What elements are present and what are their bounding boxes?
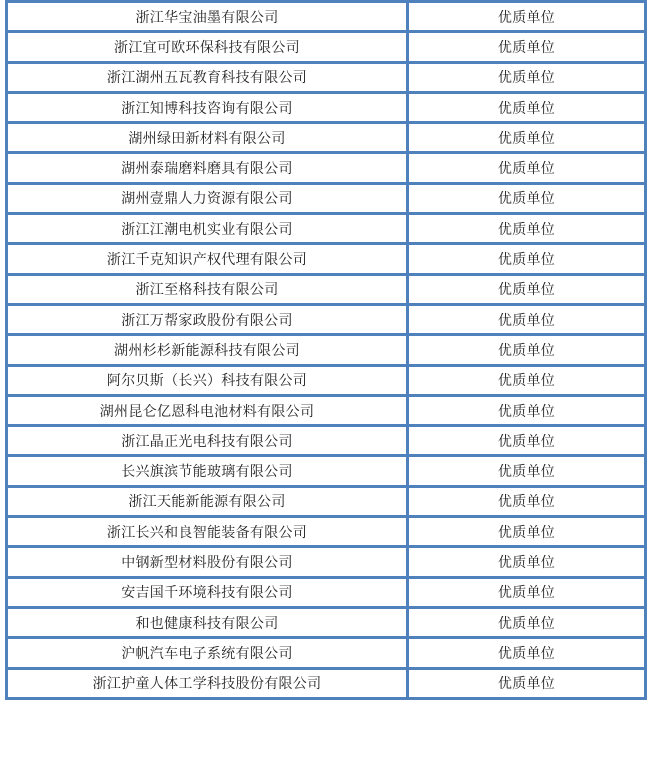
award-level-cell: 优质单位 [408, 638, 646, 668]
table-row: 浙江至格科技有限公司 优质单位 [7, 274, 646, 304]
award-level-cell: 优质单位 [408, 62, 646, 92]
award-level-cell: 优质单位 [408, 426, 646, 456]
company-name-cell: 安吉国千环境科技有限公司 [7, 577, 408, 607]
company-name-cell: 和也健康科技有限公司 [7, 607, 408, 637]
table-row: 浙江天能新能源有限公司 优质单位 [7, 486, 646, 516]
table-row: 湖州绿田新材料有限公司 优质单位 [7, 123, 646, 153]
award-level-cell: 优质单位 [408, 183, 646, 213]
company-name-cell: 浙江至格科技有限公司 [7, 274, 408, 304]
table-row: 长兴旗滨节能玻璃有限公司 优质单位 [7, 456, 646, 486]
table-row: 湖州昆仑亿恩科电池材料有限公司 优质单位 [7, 395, 646, 425]
company-name-cell: 中钢新型材料股份有限公司 [7, 547, 408, 577]
table-row: 浙江华宝油墨有限公司 优质单位 [7, 2, 646, 32]
award-level-cell: 优质单位 [408, 153, 646, 183]
table-row: 浙江护童人体工学科技股份有限公司 优质单位 [7, 668, 646, 698]
award-level-cell: 优质单位 [408, 456, 646, 486]
table-row: 湖州杉杉新能源科技有限公司 优质单位 [7, 335, 646, 365]
company-name-cell: 浙江华宝油墨有限公司 [7, 2, 408, 32]
award-level-cell: 优质单位 [408, 607, 646, 637]
award-level-cell: 优质单位 [408, 123, 646, 153]
table-row: 浙江知博科技咨询有限公司 优质单位 [7, 92, 646, 122]
company-name-cell: 长兴旗滨节能玻璃有限公司 [7, 456, 408, 486]
award-list-table: 浙江华宝油墨有限公司 优质单位 浙江宜可欧环保科技有限公司 优质单位 浙江湖州五… [5, 0, 647, 700]
award-level-cell: 优质单位 [408, 304, 646, 334]
table-row: 中钢新型材料股份有限公司 优质单位 [7, 547, 646, 577]
table-row: 浙江宜可欧环保科技有限公司 优质单位 [7, 32, 646, 62]
award-level-cell: 优质单位 [408, 577, 646, 607]
company-name-cell: 沪帆汽车电子系统有限公司 [7, 638, 408, 668]
company-name-cell: 浙江万帮家政股份有限公司 [7, 304, 408, 334]
table-row: 沪帆汽车电子系统有限公司 优质单位 [7, 638, 646, 668]
company-name-cell: 阿尔贝斯（长兴）科技有限公司 [7, 365, 408, 395]
company-name-cell: 浙江江潮电机实业有限公司 [7, 214, 408, 244]
table-row: 浙江晶正光电科技有限公司 优质单位 [7, 426, 646, 456]
company-name-cell: 浙江长兴和良智能装备有限公司 [7, 517, 408, 547]
table-row: 浙江长兴和良智能装备有限公司 优质单位 [7, 517, 646, 547]
award-level-cell: 优质单位 [408, 2, 646, 32]
company-name-cell: 浙江千克知识产权代理有限公司 [7, 244, 408, 274]
table-row: 安吉国千环境科技有限公司 优质单位 [7, 577, 646, 607]
company-name-cell: 湖州壹鼎人力资源有限公司 [7, 183, 408, 213]
company-name-cell: 湖州泰瑞磨料磨具有限公司 [7, 153, 408, 183]
table-row: 浙江江潮电机实业有限公司 优质单位 [7, 214, 646, 244]
company-name-cell: 浙江湖州五瓦教育科技有限公司 [7, 62, 408, 92]
award-level-cell: 优质单位 [408, 365, 646, 395]
company-name-cell: 湖州昆仑亿恩科电池材料有限公司 [7, 395, 408, 425]
company-name-cell: 浙江护童人体工学科技股份有限公司 [7, 668, 408, 698]
table-row: 浙江万帮家政股份有限公司 优质单位 [7, 304, 646, 334]
table-row: 湖州泰瑞磨料磨具有限公司 优质单位 [7, 153, 646, 183]
award-level-cell: 优质单位 [408, 668, 646, 698]
company-name-cell: 浙江天能新能源有限公司 [7, 486, 408, 516]
award-level-cell: 优质单位 [408, 244, 646, 274]
award-level-cell: 优质单位 [408, 547, 646, 577]
company-name-cell: 浙江知博科技咨询有限公司 [7, 92, 408, 122]
table-row: 浙江千克知识产权代理有限公司 优质单位 [7, 244, 646, 274]
company-name-cell: 浙江晶正光电科技有限公司 [7, 426, 408, 456]
table-row: 湖州壹鼎人力资源有限公司 优质单位 [7, 183, 646, 213]
company-name-cell: 湖州杉杉新能源科技有限公司 [7, 335, 408, 365]
table-row: 阿尔贝斯（长兴）科技有限公司 优质单位 [7, 365, 646, 395]
award-level-cell: 优质单位 [408, 486, 646, 516]
table-body: 浙江华宝油墨有限公司 优质单位 浙江宜可欧环保科技有限公司 优质单位 浙江湖州五… [7, 2, 646, 699]
award-list-table-container: 浙江华宝油墨有限公司 优质单位 浙江宜可欧环保科技有限公司 优质单位 浙江湖州五… [5, 0, 644, 700]
table-row: 浙江湖州五瓦教育科技有限公司 优质单位 [7, 62, 646, 92]
award-level-cell: 优质单位 [408, 214, 646, 244]
award-level-cell: 优质单位 [408, 395, 646, 425]
award-level-cell: 优质单位 [408, 32, 646, 62]
company-name-cell: 浙江宜可欧环保科技有限公司 [7, 32, 408, 62]
award-level-cell: 优质单位 [408, 517, 646, 547]
award-level-cell: 优质单位 [408, 335, 646, 365]
table-row: 和也健康科技有限公司 优质单位 [7, 607, 646, 637]
company-name-cell: 湖州绿田新材料有限公司 [7, 123, 408, 153]
award-level-cell: 优质单位 [408, 274, 646, 304]
award-level-cell: 优质单位 [408, 92, 646, 122]
